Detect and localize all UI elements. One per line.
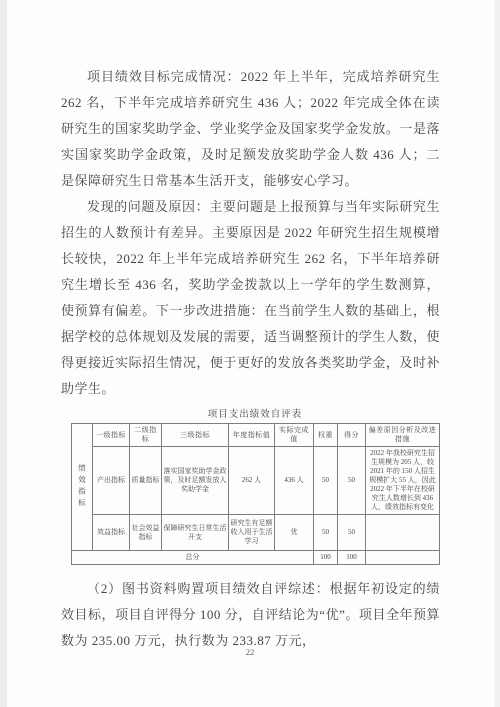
- table-row-output-indicator: 产出指标 质量指标 落实国家奖助学金政策，及时足额发放人奖助学金 262 人 4…: [72, 447, 440, 515]
- cell-annual-value: 262 人: [229, 447, 275, 515]
- paragraph-goal-completion: 项目绩效目标完成情况：2022 年上半年，完成培养研究生 262 名，下半年完成…: [61, 64, 440, 194]
- cell-deviation: [366, 515, 440, 551]
- cell-level3: 保障研究生日常生活开支: [162, 515, 229, 551]
- header-annual-value: 年度指标值: [229, 424, 275, 447]
- table-row-benefit-indicator: 效益指标 社会效益指标 保障研究生日常生活开支 研究生有足额收入用于生活学习 优…: [72, 515, 440, 551]
- paragraph-problems-and-causes: 发现的问题及原因：主要问题是上报预算与当年实际研究生招生的人数预计有差异。主要原…: [61, 194, 440, 402]
- document-page: 项目绩效目标完成情况：2022 年上半年，完成培养研究生 262 名，下半年完成…: [0, 0, 500, 707]
- row-group-cell: 绩效指标: [72, 424, 93, 551]
- cell-score: 50: [338, 447, 366, 515]
- header-level1: 一级指标: [93, 424, 130, 447]
- total-score: 100: [338, 551, 366, 565]
- header-deviation-analysis: 偏差原因分析及改进措施: [366, 424, 440, 447]
- cell-annual-value: 研究生有足额收入用于生活学习: [229, 515, 275, 551]
- scan-edge-left: [0, 0, 7, 707]
- cell-level2: 质量指标: [130, 447, 162, 515]
- header-level3: 三级指标: [162, 424, 229, 447]
- scan-edge-right: [495, 0, 500, 707]
- table-title: 项目支出绩效自评表: [71, 406, 439, 420]
- cell-actual-value: 436 人: [275, 447, 314, 515]
- table-total-row: 总分 100 100: [72, 551, 440, 565]
- performance-self-evaluation-table: 绩效指标 一级指标 二级指标 三级指标 年度指标值 实际完成值 权重 得分 偏差…: [71, 423, 440, 565]
- cell-level2: 社会效益指标: [130, 515, 162, 551]
- total-label: 总分: [72, 551, 314, 565]
- cell-level1: 产出指标: [93, 447, 130, 515]
- cell-weight: 50: [314, 515, 338, 551]
- cell-level3: 落实国家奖助学金政策，及时足额发放人奖助学金: [162, 447, 229, 515]
- total-deviation-empty: [366, 551, 440, 565]
- paragraph-library-project-summary: （2）图书资料购置项目绩效自评综述：根据年初设定的绩效目标，项目自评得分 100…: [61, 576, 440, 654]
- cell-weight: 50: [314, 447, 338, 515]
- page-number: 22: [0, 647, 500, 657]
- total-weight: 100: [314, 551, 338, 565]
- page-content: 项目绩效目标完成情况：2022 年上半年，完成培养研究生 262 名，下半年完成…: [61, 64, 440, 654]
- row-group-label: 绩效指标: [78, 464, 87, 510]
- cell-score: 50: [338, 515, 366, 551]
- header-actual-value: 实际完成值: [275, 424, 314, 447]
- cell-actual-value: 优: [275, 515, 314, 551]
- cell-level1: 效益指标: [93, 515, 130, 551]
- header-level2: 二级指标: [130, 424, 162, 447]
- table-header-row: 绩效指标 一级指标 二级指标 三级指标 年度指标值 实际完成值 权重 得分 偏差…: [72, 424, 440, 447]
- header-score: 得分: [338, 424, 366, 447]
- header-weight: 权重: [314, 424, 338, 447]
- cell-deviation: 2022 年我校研究生招生规模为 205 人，较 2021 年的 150 人招生…: [366, 447, 440, 515]
